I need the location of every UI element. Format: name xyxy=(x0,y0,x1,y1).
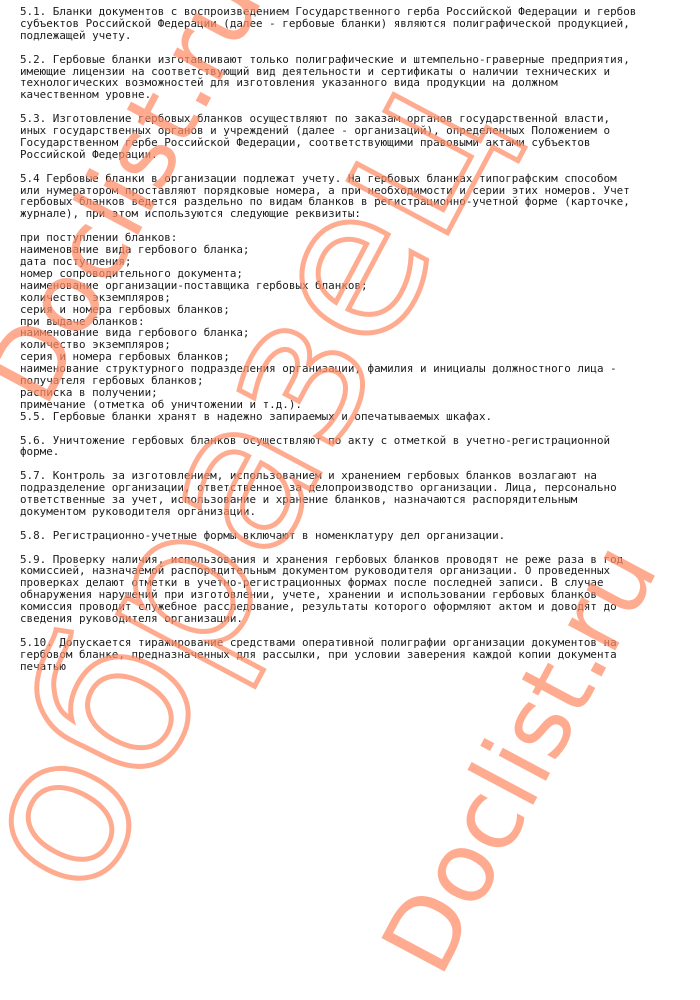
text-line: 5.2. Гербовые бланки изготавливают тольк… xyxy=(20,54,690,66)
paragraph: при поступлении бланков:наименование вид… xyxy=(20,232,690,423)
paragraph: 5.6. Уничтожение гербовых бланков осущес… xyxy=(20,435,690,459)
text-line: Российской Федерации. xyxy=(20,149,690,161)
document-body: 5.1. Бланки документов с воспроизведение… xyxy=(20,6,690,685)
paragraph: 5.1. Бланки документов с воспроизведение… xyxy=(20,6,690,42)
text-line: наименование организации-поставщика герб… xyxy=(20,280,690,292)
text-line: 5.6. Уничтожение гербовых бланков осущес… xyxy=(20,435,690,447)
text-line: документом руководителя организации. xyxy=(20,506,690,518)
text-line: сведения руководителя организации. xyxy=(20,613,690,625)
text-line: гербовом бланке, предназначенных для рас… xyxy=(20,649,690,661)
text-line: качественном уровне. xyxy=(20,89,690,101)
text-line: 5.8. Регистрационно-учетные формы включа… xyxy=(20,530,690,542)
paragraph: 5.2. Гербовые бланки изготавливают тольк… xyxy=(20,54,690,102)
text-line: номер сопроводительного документа; xyxy=(20,268,690,280)
paragraph: 5.3. Изготовление гербовых бланков осуще… xyxy=(20,113,690,161)
text-line: 5.4 Гербовые бланки в организации подлеж… xyxy=(20,173,690,185)
text-line: примечание (отметка об уничтожении и т.д… xyxy=(20,399,690,411)
text-line: форме. xyxy=(20,446,690,458)
text-line: серия и номера гербовых бланков; xyxy=(20,304,690,316)
text-line: подлежащей учету. xyxy=(20,30,690,42)
paragraph: 5.8. Регистрационно-учетные формы включа… xyxy=(20,530,690,542)
text-line: печатью xyxy=(20,661,690,673)
paragraph: 5.7. Контроль за изготовлением, использо… xyxy=(20,470,690,518)
text-line: 5.10. Допускается тиражирование средства… xyxy=(20,637,690,649)
text-line: 5.5. Гербовые бланки хранят в надежно за… xyxy=(20,411,690,423)
paragraph: 5.4 Гербовые бланки в организации подлеж… xyxy=(20,173,690,221)
paragraph: 5.10. Допускается тиражирование средства… xyxy=(20,637,690,673)
paragraph: 5.9. Проверку наличия, использования и х… xyxy=(20,554,690,625)
text-line: журнале), при этом используются следующи… xyxy=(20,208,690,220)
text-line: количество экземпляров; xyxy=(20,292,690,304)
